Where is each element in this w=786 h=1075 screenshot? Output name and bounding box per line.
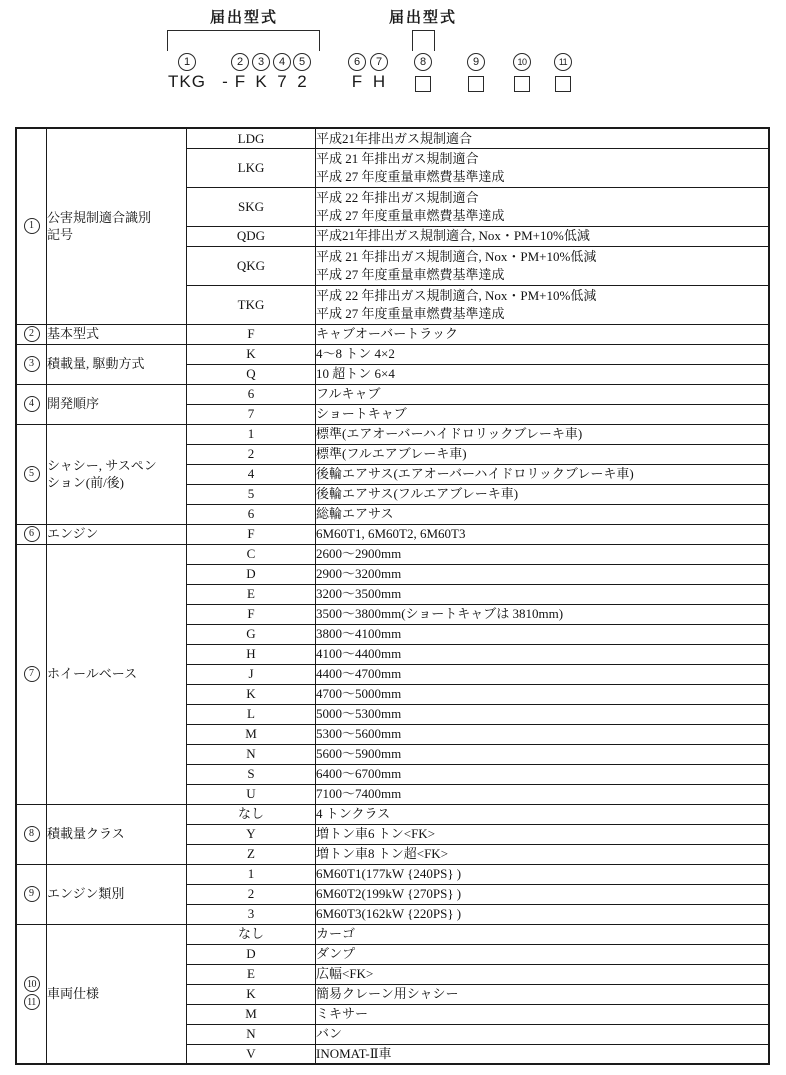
circled-number-icon: 10 xyxy=(513,53,531,71)
category-label-cell: エンジン類別 xyxy=(47,864,187,924)
circled-number-icon: 1 xyxy=(178,53,196,71)
circled-number-icon: 5 xyxy=(24,466,40,482)
circled-number-icon: 2 xyxy=(24,326,40,342)
table-row: 9エンジン類別16M60T1(177kW {240PS} ) xyxy=(16,864,769,884)
code-cell: K xyxy=(187,684,316,704)
code-cell: H xyxy=(187,644,316,664)
code-cell: Y xyxy=(187,824,316,844)
description-cell: 5600～5900mm xyxy=(316,744,770,764)
circled-number-icon: 8 xyxy=(24,826,40,842)
code-cell: M xyxy=(187,1004,316,1024)
notation-label-right: 届出型式 xyxy=(389,6,457,27)
section-number-cell: 6 xyxy=(16,524,47,544)
section-number-cell: 1011 xyxy=(16,924,47,1064)
position-10-marker: 10 xyxy=(513,52,531,71)
code-cell: F xyxy=(187,324,316,344)
table-row: 4開発順序6フルキャブ xyxy=(16,384,769,404)
circled-number-icon: 9 xyxy=(24,886,40,902)
code-cell: L xyxy=(187,704,316,724)
description-cell: フルキャブ xyxy=(316,384,770,404)
description-cell: 4700～5000mm xyxy=(316,684,770,704)
description-cell: カーゴ xyxy=(316,924,770,944)
circled-number-icon: 4 xyxy=(24,396,40,412)
code-cell: V xyxy=(187,1044,316,1064)
circled-number-icon: 7 xyxy=(24,666,40,682)
description-cell: 4100～4400mm xyxy=(316,644,770,664)
table-row: 2基本型式Fキャブオーバートラック xyxy=(16,324,769,344)
circled-number-icon: 6 xyxy=(24,526,40,542)
table-row: 1公害規制適合識別記号LDG平成21年排出ガス規制適合 xyxy=(16,128,769,148)
code-cell: 2 xyxy=(187,884,316,904)
blank-box-icon xyxy=(468,76,484,92)
description-cell: ミキサー xyxy=(316,1004,770,1024)
description-cell: 3800～4100mm xyxy=(316,624,770,644)
code-cell: N xyxy=(187,1024,316,1044)
model-code-table: 1公害規制適合識別記号LDG平成21年排出ガス規制適合LKG平成 21 年排出ガ… xyxy=(15,127,770,1065)
code-cell: F xyxy=(187,604,316,624)
description-cell: 標準(フルエアブレーキ車) xyxy=(316,444,770,464)
code-cell: K xyxy=(187,984,316,1004)
description-cell: 簡易クレーン用シャシー xyxy=(316,984,770,1004)
category-label-cell: エンジン xyxy=(47,524,187,544)
position-9-marker: 9 xyxy=(467,52,485,71)
table-row: 3積載量, 駆動方式K4～8 トン 4×2 xyxy=(16,344,769,364)
description-cell: 10 超トン 6×4 xyxy=(316,364,770,384)
section-number-cell: 2 xyxy=(16,324,47,344)
description-cell: 3200～3500mm xyxy=(316,584,770,604)
description-cell: 4 トンクラス xyxy=(316,804,770,824)
category-label-cell: 車両仕様 xyxy=(47,924,187,1064)
code-cell: J xyxy=(187,664,316,684)
document-page: 届出型式 届出型式 1TKG2F3K47526F7H891011- 1公害規制適… xyxy=(0,0,786,1065)
description-cell: 増トン車8 トン超<FK> xyxy=(316,844,770,864)
code-character: F xyxy=(352,72,362,92)
description-cell: 6M60T3(162kW {220PS} ) xyxy=(316,904,770,924)
description-cell: 広幅<FK> xyxy=(316,964,770,984)
code-character: TKG xyxy=(168,72,206,92)
description-cell: 4～8 トン 4×2 xyxy=(316,344,770,364)
code-character: F xyxy=(235,72,245,92)
table-row: 6エンジンF6M60T1, 6M60T2, 6M60T3 xyxy=(16,524,769,544)
circled-number-icon: 10 xyxy=(24,976,40,992)
code-character: H xyxy=(373,72,385,92)
description-cell: 6M60T1(177kW {240PS} ) xyxy=(316,864,770,884)
code-cell: 5 xyxy=(187,484,316,504)
code-cell: SKG xyxy=(187,187,316,226)
code-cell: 6 xyxy=(187,504,316,524)
code-cell: E xyxy=(187,964,316,984)
description-cell: 2600～2900mm xyxy=(316,544,770,564)
description-cell: 5300～5600mm xyxy=(316,724,770,744)
section-number-cell: 5 xyxy=(16,424,47,524)
description-cell: 6M60T2(199kW {270PS} ) xyxy=(316,884,770,904)
section-number-cell: 8 xyxy=(16,804,47,864)
category-label-cell: 開発順序 xyxy=(47,384,187,424)
code-cell: LKG xyxy=(187,148,316,187)
code-cell: 3 xyxy=(187,904,316,924)
description-cell: 後輪エアサス(フルエアブレーキ車) xyxy=(316,484,770,504)
description-cell: INOMAT-Ⅱ車 xyxy=(316,1044,770,1064)
code-character: 2 xyxy=(297,72,306,92)
description-cell: キャブオーバートラック xyxy=(316,324,770,344)
position-11-marker: 11 xyxy=(554,52,572,71)
description-cell: 平成 21 年排出ガス規制適合, Nox・PM+10%低減平成 27 年度重量車… xyxy=(316,246,770,285)
circled-number-icon: 6 xyxy=(348,53,366,71)
circled-number-icon: 8 xyxy=(414,53,432,71)
code-cell: D xyxy=(187,564,316,584)
code-cell: F xyxy=(187,524,316,544)
description-cell: 6M60T1, 6M60T2, 6M60T3 xyxy=(316,524,770,544)
description-cell: 標準(エアオーバーハイドロリックブレーキ車) xyxy=(316,424,770,444)
category-label-cell: 基本型式 xyxy=(47,324,187,344)
bracket-right xyxy=(412,30,435,51)
position-3-marker: 3 xyxy=(252,52,270,71)
category-label-cell: ホイールベース xyxy=(47,544,187,804)
section-number-cell: 9 xyxy=(16,864,47,924)
category-label-cell: 積載量クラス xyxy=(47,804,187,864)
description-cell: 後輪エアサス(エアオーバーハイドロリックブレーキ車) xyxy=(316,464,770,484)
code-cell: D xyxy=(187,944,316,964)
code-cell: S xyxy=(187,764,316,784)
model-code-diagram: 届出型式 届出型式 1TKG2F3K47526F7H891011- xyxy=(0,0,786,127)
notation-label-left: 届出型式 xyxy=(210,6,278,27)
table-row: 7ホイールベースC2600～2900mm xyxy=(16,544,769,564)
description-cell: 3500～3800mm(ショートキャブは 3810mm) xyxy=(316,604,770,624)
position-4-marker: 4 xyxy=(273,52,291,71)
description-cell: 平成 21 年排出ガス規制適合平成 27 年度重量車燃費基準達成 xyxy=(316,148,770,187)
position-6-marker: 6 xyxy=(348,52,366,71)
code-cell: なし xyxy=(187,924,316,944)
code-cell: Z xyxy=(187,844,316,864)
code-cell: C xyxy=(187,544,316,564)
circled-number-icon: 9 xyxy=(467,53,485,71)
code-cell: LDG xyxy=(187,128,316,148)
table-row: 5シャシー, サスペンション(前/後)1標準(エアオーバーハイドロリックブレーキ… xyxy=(16,424,769,444)
table-row: 8積載量クラスなし4 トンクラス xyxy=(16,804,769,824)
code-cell: E xyxy=(187,584,316,604)
code-cell: 2 xyxy=(187,444,316,464)
code-cell: なし xyxy=(187,804,316,824)
category-label-cell: 積載量, 駆動方式 xyxy=(47,344,187,384)
circled-number-icon: 4 xyxy=(273,53,291,71)
circled-number-icon: 3 xyxy=(24,356,40,372)
section-number-cell: 3 xyxy=(16,344,47,384)
code-cell: 1 xyxy=(187,864,316,884)
code-cell: U xyxy=(187,784,316,804)
position-5-marker: 5 xyxy=(293,52,311,71)
model-code-table-body: 1公害規制適合識別記号LDG平成21年排出ガス規制適合LKG平成 21 年排出ガ… xyxy=(16,128,769,1064)
code-cell: QKG xyxy=(187,246,316,285)
code-cell: N xyxy=(187,744,316,764)
description-cell: 平成21年排出ガス規制適合, Nox・PM+10%低減 xyxy=(316,226,770,246)
code-cell: 1 xyxy=(187,424,316,444)
description-cell: 平成21年排出ガス規制適合 xyxy=(316,128,770,148)
position-1-marker: 1 xyxy=(178,52,196,71)
circled-number-icon: 5 xyxy=(293,53,311,71)
position-8-marker: 8 xyxy=(414,52,432,71)
blank-box-icon xyxy=(514,76,530,92)
circled-number-icon: 2 xyxy=(231,53,249,71)
position-2-marker: 2 xyxy=(231,52,249,71)
code-cell: TKG xyxy=(187,285,316,324)
category-label-cell: シャシー, サスペンション(前/後) xyxy=(47,424,187,524)
description-cell: 2900～3200mm xyxy=(316,564,770,584)
circled-number-icon: 3 xyxy=(252,53,270,71)
description-cell: 増トン車6 トン<FK> xyxy=(316,824,770,844)
description-cell: 平成 22 年排出ガス規制適合平成 27 年度重量車燃費基準達成 xyxy=(316,187,770,226)
description-cell: 平成 22 年排出ガス規制適合, Nox・PM+10%低減平成 27 年度重量車… xyxy=(316,285,770,324)
circled-number-icon: 1 xyxy=(24,218,40,234)
code-character: 7 xyxy=(277,72,286,92)
category-label-cell: 公害規制適合識別記号 xyxy=(47,128,187,324)
code-cell: Q xyxy=(187,364,316,384)
description-cell: 6400～6700mm xyxy=(316,764,770,784)
blank-box-icon xyxy=(555,76,571,92)
description-cell: 7100～7400mm xyxy=(316,784,770,804)
description-cell: 4400～4700mm xyxy=(316,664,770,684)
dash-separator: - xyxy=(222,72,228,92)
code-cell: 4 xyxy=(187,464,316,484)
code-cell: QDG xyxy=(187,226,316,246)
code-cell: G xyxy=(187,624,316,644)
code-cell: K xyxy=(187,344,316,364)
description-cell: 5000～5300mm xyxy=(316,704,770,724)
description-cell: バン xyxy=(316,1024,770,1044)
blank-box-icon xyxy=(415,76,431,92)
description-cell: 総輪エアサス xyxy=(316,504,770,524)
code-cell: 7 xyxy=(187,404,316,424)
section-number-cell: 1 xyxy=(16,128,47,324)
section-number-cell: 4 xyxy=(16,384,47,424)
code-character: K xyxy=(255,72,266,92)
table-row: 1011車両仕様なしカーゴ xyxy=(16,924,769,944)
circled-number-icon: 11 xyxy=(24,994,40,1010)
circled-number-icon: 7 xyxy=(370,53,388,71)
section-number-cell: 7 xyxy=(16,544,47,804)
description-cell: ショートキャブ xyxy=(316,404,770,424)
circled-number-icon: 11 xyxy=(554,53,572,71)
code-cell: 6 xyxy=(187,384,316,404)
code-cell: M xyxy=(187,724,316,744)
bracket-left xyxy=(167,30,320,51)
description-cell: ダンプ xyxy=(316,944,770,964)
position-7-marker: 7 xyxy=(370,52,388,71)
